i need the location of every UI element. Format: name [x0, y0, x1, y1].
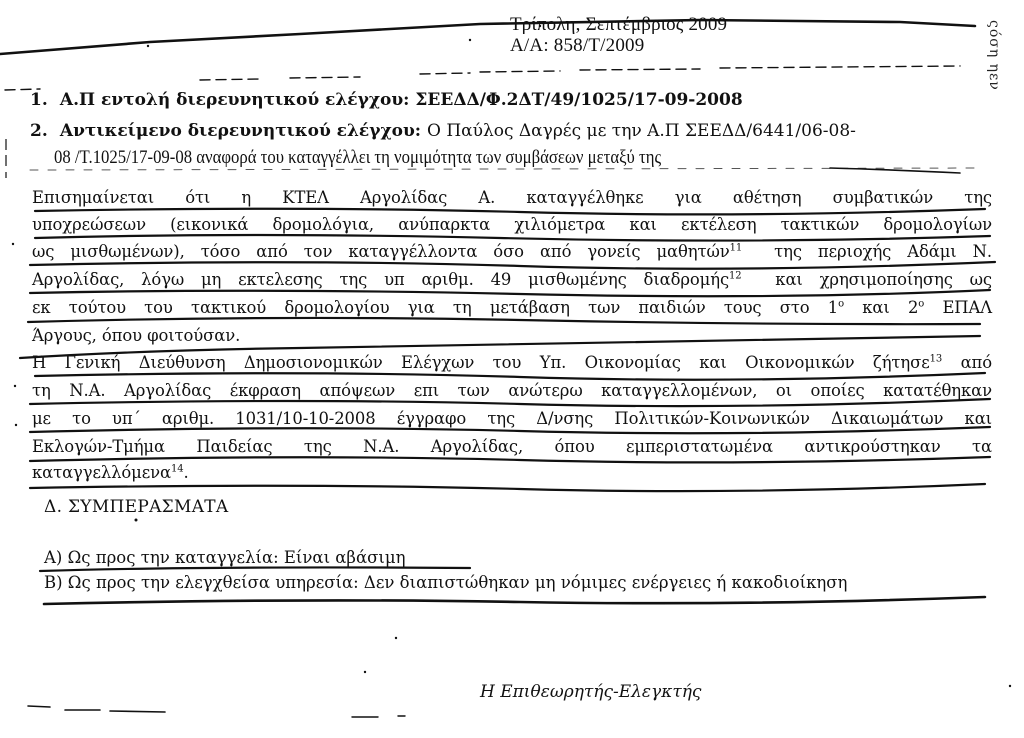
signature-title: Η Επιθεωρητής-Ελεγκτής	[480, 682, 701, 702]
document-place-date: Τρίπολη, Σεπτέμβριος 2009	[510, 14, 727, 36]
margin-handwriting: ςόση ηεν	[986, 20, 1002, 91]
item-label: Α.Π εντολή διερευνητικού ελέγχου:	[60, 90, 410, 110]
scanned-document-page: Τρίπολη, Σεπτέμβριος 2009 Α/Α: 858/Τ/200…	[0, 0, 1024, 738]
text-segment: και 2	[862, 298, 918, 317]
paragraph-1-line-1: Επισημαίνεται ότι η ΚΤΕΛ Αργολίδας Α. κα…	[32, 188, 992, 207]
text-segment: εκ τούτου του τακτικού δρομολογίου για τ…	[32, 298, 838, 317]
ordinal-marker: ο	[918, 299, 924, 310]
footnote-12: 12	[729, 271, 742, 282]
item-audit-order: 1. Α.Π εντολή διερευνητικού ελέγχου: ΣΕΕ…	[30, 90, 743, 110]
text-segment: ως μισθωμένων), τόσο από τον καταγγέλλον…	[32, 242, 730, 261]
paragraph-2-line-4: Εκλογών-Τμήμα Παιδείας της Ν.Α. Αργολίδα…	[32, 437, 992, 456]
paragraph-1-line-3: ως μισθωμένων), τόσο από τον καταγγέλλον…	[32, 242, 992, 261]
document-reference-number: Α/Α: 858/Τ/2009	[510, 35, 644, 57]
text-segment: ΕΠΑΛ	[942, 298, 992, 317]
text-segment: καταγγελλόμενα	[32, 463, 171, 482]
paragraph-1-line-2: υποχρεώσεων (εικονικά δρομολόγια, ανύπαρ…	[32, 215, 992, 234]
item-audit-subject-continuation: 08 /Τ.1025/17-09-08 αναφορά του καταγγέλ…	[54, 147, 661, 169]
ordinal-marker: ο	[838, 299, 844, 310]
paragraph-1-line-4: Αργολίδας, λόγω μη εκτελεσης της υπ αριθ…	[32, 270, 992, 289]
text-segment: Αργολίδας, λόγω μη εκτελεσης της υπ αριθ…	[32, 270, 729, 289]
item-value: Ο Παύλος Δαγρές με την Α.Π ΣΕΕΔΔ/6441/06…	[427, 121, 856, 141]
footnote-14: 14	[171, 464, 184, 475]
text-segment: Η Γενική Διεύθυνση Δημοσιονομικών Ελέγχω…	[32, 353, 930, 372]
item-label: Αντικείμενο διερευνητικού ελέγχου:	[60, 121, 421, 141]
paragraph-1-line-5: εκ τούτου του τακτικού δρομολογίου για τ…	[32, 298, 992, 317]
paragraph-2-line-5: καταγγελλόμενα14.	[32, 463, 992, 482]
conclusion-b: Β) Ως προς την ελεγχθείσα υπηρεσία: Δεν …	[44, 573, 847, 592]
paragraph-1-line-6: Άργους, όπου φοιτούσαν.	[32, 326, 992, 345]
item-number: 2.	[30, 121, 54, 141]
footnote-11: 11	[730, 243, 743, 254]
conclusion-a: Α) Ως προς την καταγγελία: Είναι αβάσιμη	[44, 548, 405, 567]
item-audit-subject: 2. Αντικείμενο διερευνητικού ελέγχου: Ο …	[30, 121, 856, 141]
footnote-13: 13	[930, 354, 943, 365]
text-segment: της περιοχής Αδάμι Ν.	[774, 242, 992, 261]
paragraph-2-line-1: Η Γενική Διεύθυνση Δημοσιονομικών Ελέγχω…	[32, 353, 992, 372]
conclusions-heading: Δ. ΣΥΜΠΕΡΑΣΜΑΤΑ	[44, 497, 229, 517]
paragraph-2-line-3: με το υπ΄ αριθμ. 1031/10-10-2008 έγγραφο…	[32, 409, 992, 428]
text-segment: .	[183, 463, 188, 482]
text-segment: και χρησιμοποίησης ως	[775, 270, 992, 289]
paragraph-2-line-2: τη Ν.Α. Αργολίδας έκφραση απόψεων επι τω…	[32, 381, 992, 400]
item-value: ΣΕΕΔΔ/Φ.2ΔΤ/49/1025/17-09-2008	[415, 90, 742, 110]
text-segment: από	[961, 353, 992, 372]
item-number: 1.	[30, 90, 54, 110]
